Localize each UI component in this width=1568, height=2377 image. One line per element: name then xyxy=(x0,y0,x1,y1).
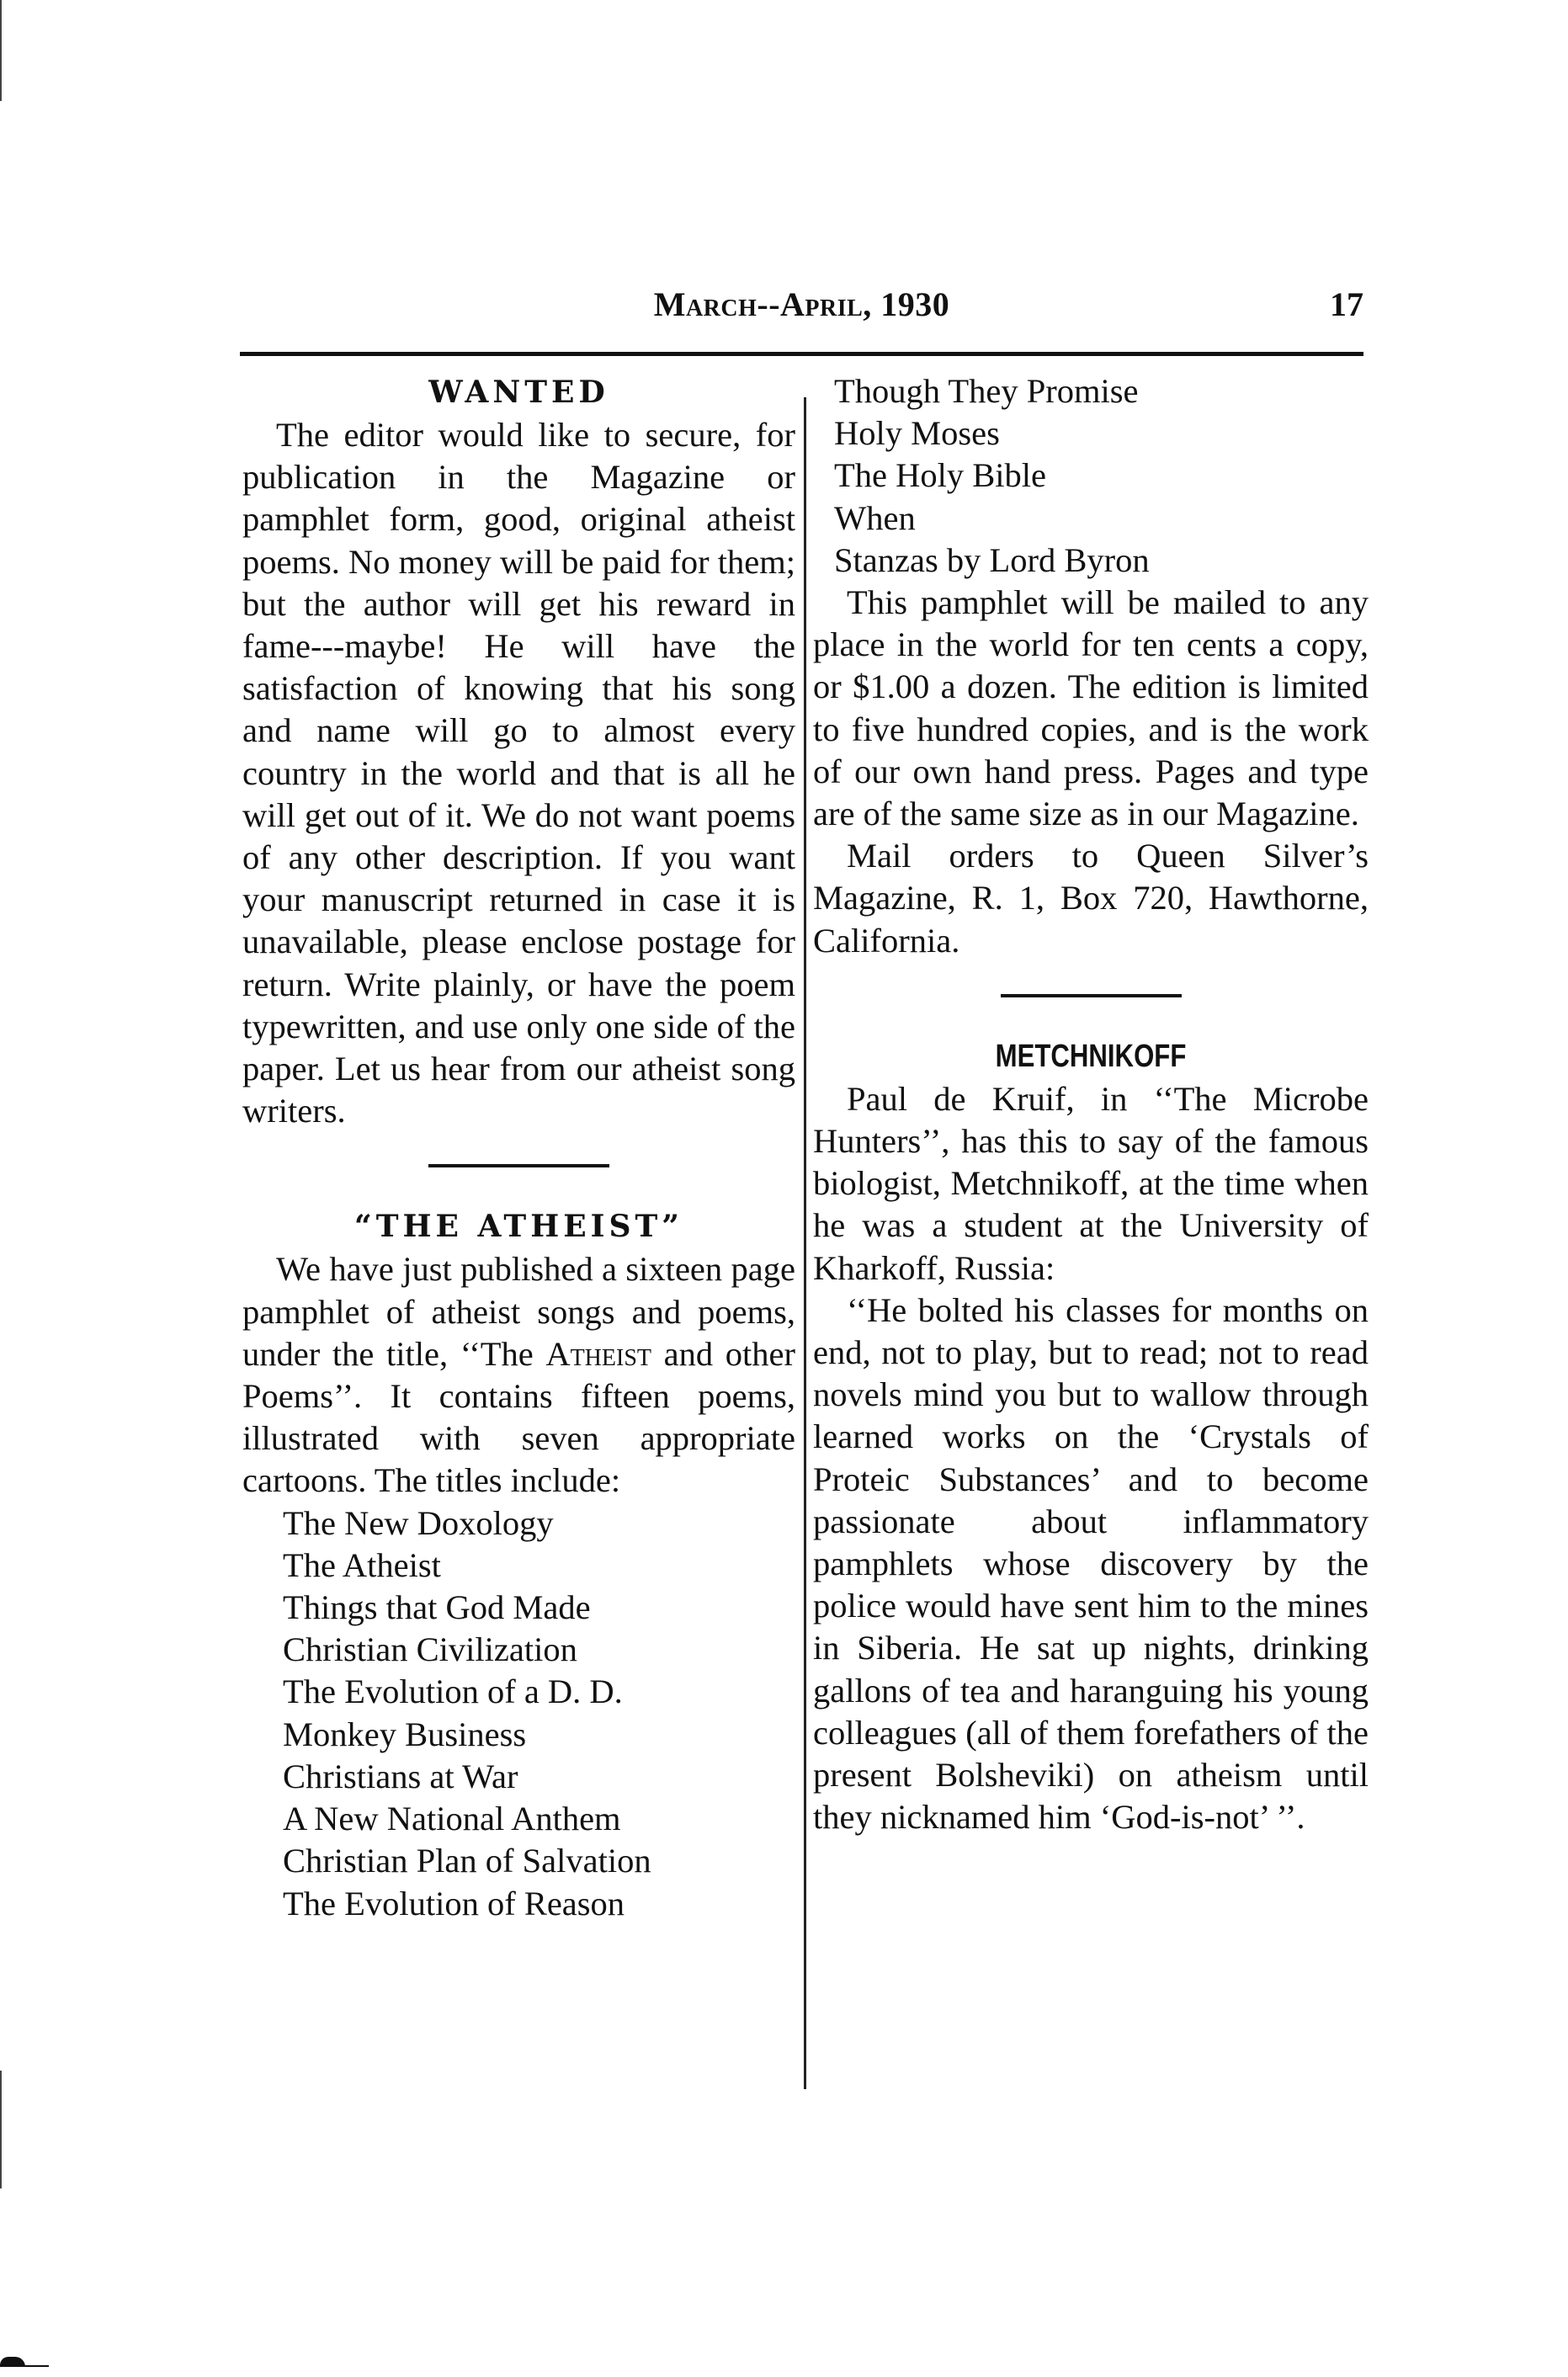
poem-title: The Atheist xyxy=(283,1545,795,1587)
wanted-body: The editor would like to secure, for pub… xyxy=(242,414,795,1132)
pamphlet-title-smallcaps: Atheist xyxy=(545,1335,651,1373)
poem-title: When xyxy=(834,497,1369,540)
poem-title: The New Doxology xyxy=(283,1502,795,1545)
atheist-heading: “THE ATHEIST” xyxy=(242,1204,795,1248)
poem-title: Though They Promise xyxy=(834,370,1369,412)
running-title: March--April, 1930 xyxy=(240,284,1363,324)
metchnikoff-intro: Paul de Kruif, in ‘‘The Microbe Hunters’… xyxy=(813,1078,1369,1290)
poem-titles-list-continued: Though They Promise Holy Moses The Holy … xyxy=(813,370,1369,582)
poem-title: Christian Civilization xyxy=(283,1629,795,1671)
poem-title: Christians at War xyxy=(283,1756,795,1798)
mailing-paragraph: This pamphlet will be mailed to any plac… xyxy=(813,582,1369,835)
column-divider xyxy=(804,397,806,2089)
metchnikoff-quote: ‘‘He bolted his classes for months on en… xyxy=(813,1290,1369,1839)
poem-title: Stanzas by Lord Byron xyxy=(834,540,1369,582)
poem-title: The Evolution of a D. D. xyxy=(283,1671,795,1713)
scan-edge-mark xyxy=(0,0,2,101)
orders-paragraph: Mail orders to Queen Silver’s Magazine, … xyxy=(813,835,1369,962)
section-separator xyxy=(1001,994,1182,997)
metchnikoff-article: METCHNIKOFF Paul de Kruif, in ‘‘The Micr… xyxy=(813,1034,1369,1839)
atheist-article: “THE ATHEIST” We have just published a s… xyxy=(242,1204,795,1924)
wanted-article: WANTED The editor would like to secure, … xyxy=(242,370,795,1132)
poem-title: Things that God Made xyxy=(283,1587,795,1629)
metchnikoff-heading: METCHNIKOFF xyxy=(863,1034,1318,1078)
poem-titles-list: The New Doxology The Atheist Things that… xyxy=(242,1502,795,1925)
left-column: WANTED The editor would like to secure, … xyxy=(242,370,795,1925)
scan-smudge xyxy=(24,2365,49,2367)
header-rule xyxy=(240,352,1363,356)
poem-title: The Holy Bible xyxy=(834,455,1369,497)
page-number: 17 xyxy=(1330,284,1363,324)
scan-smudge xyxy=(0,2357,25,2367)
poem-title: A New National Anthem xyxy=(283,1798,795,1840)
poem-title: The Evolution of Reason xyxy=(283,1883,795,1925)
scan-edge-mark xyxy=(0,2071,2,2188)
running-head: March--April, 1930 17 xyxy=(240,284,1363,335)
right-column: Though They Promise Holy Moses The Holy … xyxy=(813,370,1369,1839)
poem-title: Holy Moses xyxy=(834,412,1369,455)
poem-title: Christian Plan of Salvation xyxy=(283,1840,795,1882)
section-separator xyxy=(428,1164,609,1167)
atheist-intro: We have just published a sixteen page pa… xyxy=(242,1248,795,1502)
wanted-heading: WANTED xyxy=(242,370,795,414)
poem-title: Monkey Business xyxy=(283,1714,795,1756)
